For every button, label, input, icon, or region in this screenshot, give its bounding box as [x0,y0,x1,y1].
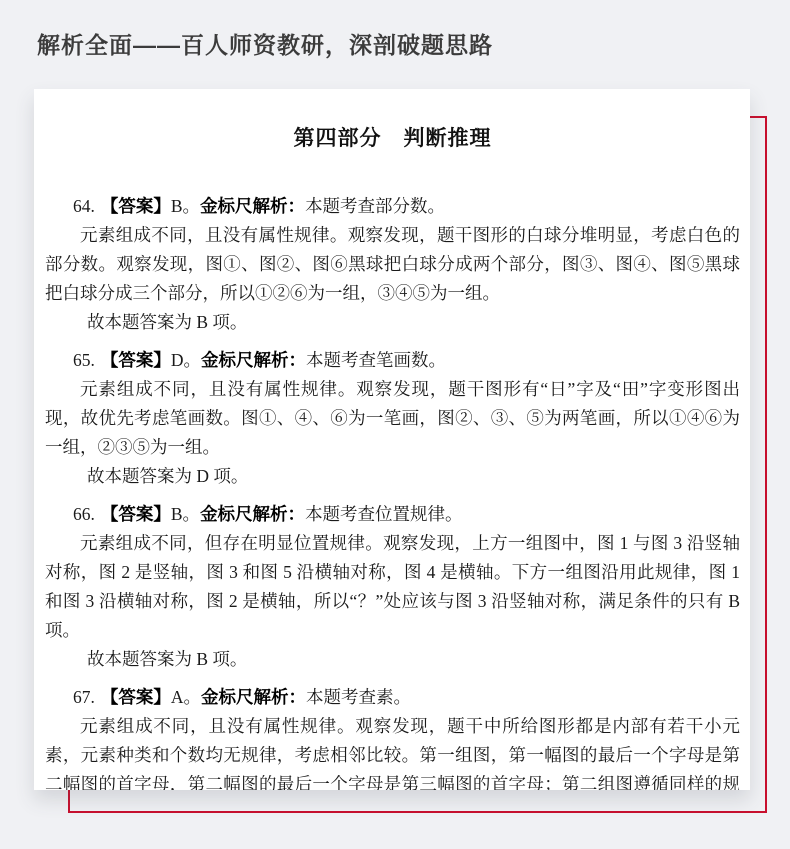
answer-item-67: 67.【答案】A。金标尺解析：本题考查素。 元素组成不同，且没有属性规律。观察发… [45,683,740,790]
item-number: 64. [73,196,101,216]
answer-value: A。 [171,687,201,707]
item-body: 元素组成不同，但存在明显位置规律。观察发现，上方一组图中，图 1 与图 3 沿竖… [45,529,740,645]
answer-label: 【答案】 [101,687,171,707]
item-conclusion: 故本题答案为 B 项。 [45,308,740,337]
analysis-summary: 本题考查部分数。 [305,196,445,216]
item-conclusion: 故本题答案为 D 项。 [45,462,740,491]
answer-item-66: 66.【答案】B。金标尺解析：本题考查位置规律。 元素组成不同，但存在明显位置规… [45,500,740,674]
document-card: 第四部分 判断推理 64.【答案】B。金标尺解析：本题考查部分数。 元素组成不同… [34,89,750,790]
answer-item-65: 65.【答案】D。金标尺解析：本题考查笔画数。 元素组成不同，且没有属性规律。观… [45,346,740,491]
item-head: 64.【答案】B。金标尺解析：本题考查部分数。 [45,192,740,221]
item-body: 元素组成不同，且没有属性规律。观察发现，题干图形的白球分堆明显，考虑白色的部分数… [45,221,740,308]
analysis-label: 金标尺解析： [201,687,306,707]
analysis-label: 金标尺解析： [200,196,305,216]
item-body: 元素组成不同，且没有属性规律。观察发现，题干中所给图形都是内部有若干小元素，元素… [45,712,740,790]
section-title: 第四部分 判断推理 [45,122,740,152]
analysis-summary: 本题考查笔画数。 [306,350,446,370]
item-body: 元素组成不同，且没有属性规律。观察发现，题干图形有“日”字及“田”字变形图出现，… [45,375,740,462]
analysis-summary: 本题考查位置规律。 [305,504,463,524]
answer-value: B。 [171,504,200,524]
analysis-summary: 本题考查素。 [306,687,411,707]
answer-value: B。 [171,196,200,216]
page-header-text: 解析全面——百人师资教研，深剖破题思路 [37,27,493,60]
item-head: 65.【答案】D。金标尺解析：本题考查笔画数。 [45,346,740,375]
answer-label: 【答案】 [101,196,171,216]
page: 解析全面——百人师资教研，深剖破题思路 第四部分 判断推理 64.【答案】B。金… [0,0,790,849]
analysis-label: 金标尺解析： [200,504,305,524]
item-number: 65. [73,350,101,370]
answer-label: 【答案】 [101,504,171,524]
item-head: 66.【答案】B。金标尺解析：本题考查位置规律。 [45,500,740,529]
answer-item-64: 64.【答案】B。金标尺解析：本题考查部分数。 元素组成不同，且没有属性规律。观… [45,192,740,337]
item-conclusion: 故本题答案为 B 项。 [45,645,740,674]
item-number: 67. [73,687,101,707]
item-number: 66. [73,504,101,524]
answer-value: D。 [171,350,201,370]
answer-label: 【答案】 [101,350,171,370]
analysis-label: 金标尺解析： [201,350,306,370]
item-head: 67.【答案】A。金标尺解析：本题考查素。 [45,683,740,712]
